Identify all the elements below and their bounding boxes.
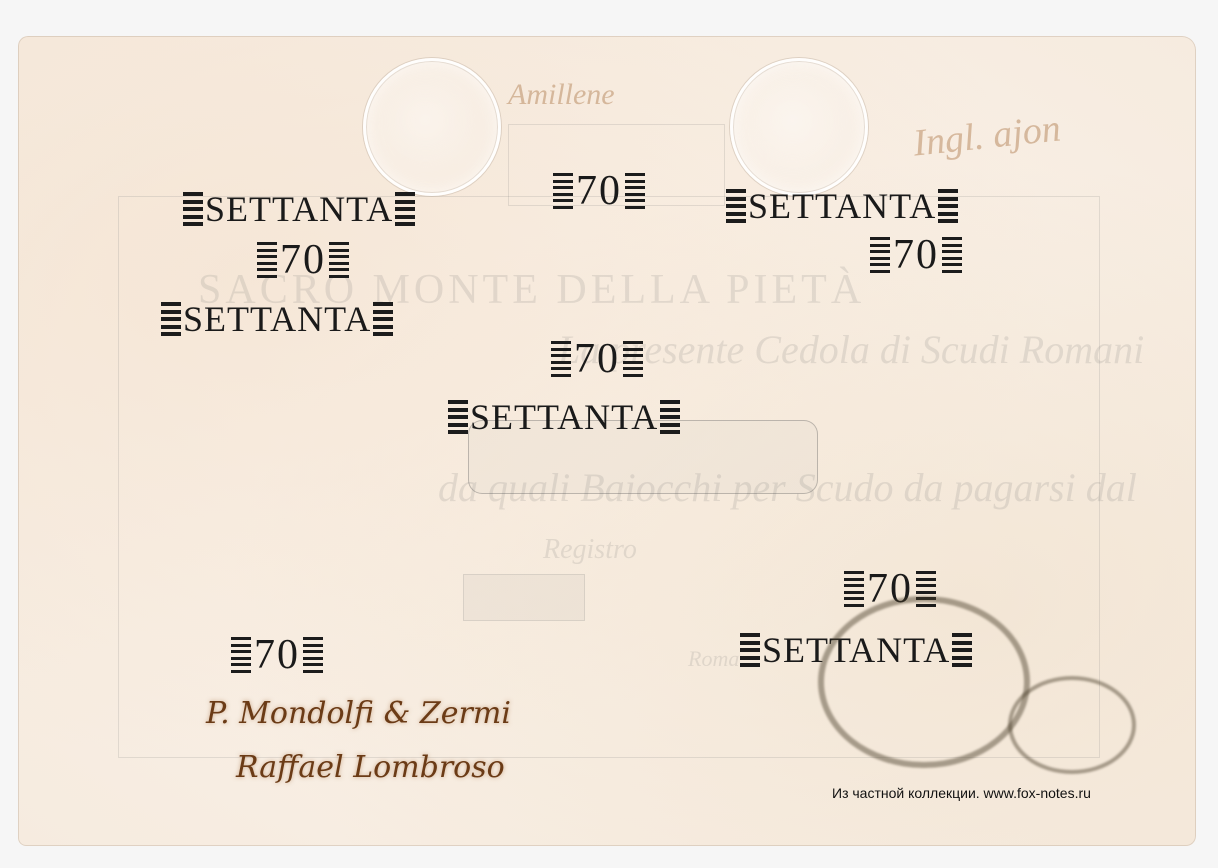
settanta-label: SETTANTA <box>468 399 660 435</box>
bars-icon <box>553 173 573 209</box>
seventy-label: 70 <box>277 239 329 281</box>
faint-inscription-right: Ingl. ajon <box>911 106 1063 165</box>
ghost-line-5: Roma <box>688 646 739 672</box>
settanta-stamp-4: SETTANTA <box>448 399 680 435</box>
seventy-label: 70 <box>573 170 625 212</box>
bars-icon <box>870 237 890 273</box>
bars-icon <box>329 242 349 278</box>
settanta-label: SETTANTA <box>746 188 938 224</box>
seventy-label: 70 <box>890 234 942 276</box>
bars-icon <box>183 192 203 226</box>
seventy-label: 70 <box>251 634 303 676</box>
bars-icon <box>395 192 415 226</box>
collection-watermark: Из частной коллекции. www.fox-notes.ru <box>832 785 1091 801</box>
embossed-seal-right <box>730 58 868 196</box>
seventy-stamp-6: 70 <box>231 634 323 676</box>
bars-icon <box>660 400 680 434</box>
bars-icon <box>448 400 468 434</box>
bars-icon <box>623 341 643 377</box>
embossed-seal-left <box>363 58 501 196</box>
settanta-label: SETTANTA <box>181 301 373 337</box>
seventy-stamp-4: 70 <box>551 338 643 380</box>
bars-icon <box>551 341 571 377</box>
settanta-stamp-3: SETTANTA <box>161 301 393 337</box>
ghost-box <box>463 574 585 621</box>
settanta-label: SETTANTA <box>203 191 395 227</box>
bars-icon <box>844 571 864 607</box>
bars-icon <box>161 302 181 336</box>
settanta-stamp-2: SETTANTA <box>726 188 958 224</box>
bars-icon <box>373 302 393 336</box>
faint-inscription-top: Amillene <box>508 78 615 112</box>
signature-line-2: Raffael Lombroso <box>236 750 505 785</box>
seventy-stamp-1: 70 <box>553 170 645 212</box>
ghost-line-2: La presente Cedola di Scudi Romani <box>558 326 1144 373</box>
ghost-line-4: Registro <box>543 534 637 566</box>
postmark-circle <box>818 596 1030 768</box>
bars-icon <box>726 189 746 223</box>
bars-icon <box>257 242 277 278</box>
settanta-stamp-1: SETTANTA <box>183 191 415 227</box>
seventy-stamp-3: 70 <box>870 234 962 276</box>
signature-line-1: P. Mondolfi & Zermi <box>206 696 511 731</box>
bars-icon <box>303 637 323 673</box>
bars-icon <box>938 189 958 223</box>
seventy-stamp-2: 70 <box>257 239 349 281</box>
banknote-sheet: SACRO MONTE DELLA PIETÀ La presente Cedo… <box>18 36 1196 846</box>
bars-icon <box>740 633 760 667</box>
bars-icon <box>942 237 962 273</box>
bars-icon <box>231 637 251 673</box>
postmark-circle-secondary <box>1008 676 1136 774</box>
seventy-label: 70 <box>571 338 623 380</box>
bars-icon <box>625 173 645 209</box>
